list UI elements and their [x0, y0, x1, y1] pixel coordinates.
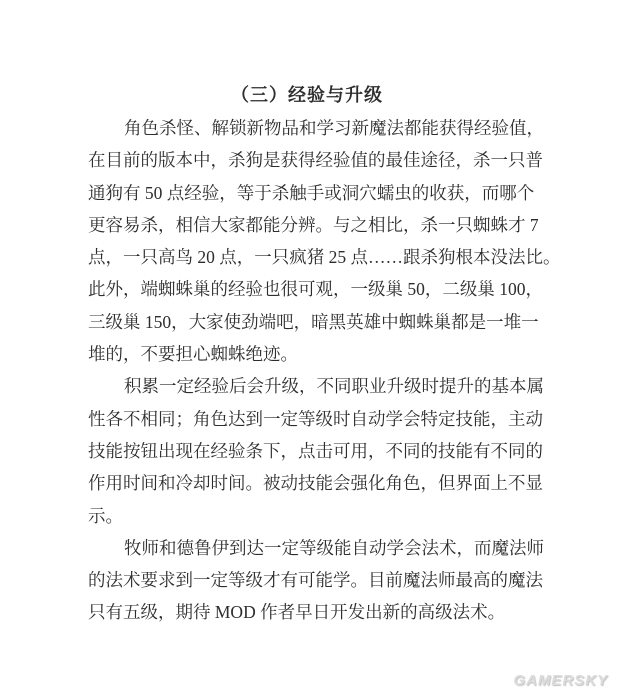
text-line: 作用时间和冷却时间。被动技能会强化角色，但界面上不显 — [88, 467, 526, 499]
text-line: 的法术要求到一定等级才有可能学。目前魔法师最高的魔法 — [88, 564, 526, 596]
text-line: 在目前的版本中，杀狗是获得经验值的最佳途径，杀一只普 — [88, 144, 526, 176]
text-line: 角色杀怪、解锁新物品和学习新魔法都能获得经验值， — [88, 112, 526, 144]
text-line: 性各不相同；角色达到一定等级时自动学会特定技能，主动 — [88, 403, 526, 435]
text-line: 三级巢 150，大家使劲端吧，暗黑英雄中蜘蛛巢都是一堆一 — [88, 306, 526, 338]
text-line: 只有五级，期待 MOD 作者早日开发出新的高级法术。 — [88, 596, 526, 628]
text-line: 堆的，不要担心蜘蛛绝迹。 — [88, 338, 526, 370]
text-line: 示。 — [88, 500, 526, 532]
text-line: 技能按钮出现在经验条下，点击可用，不同的技能有不同的 — [88, 435, 526, 467]
text-line: 点，一只高鸟 20 点，一只疯猪 25 点……跟杀狗根本没法比。 — [88, 241, 526, 273]
article-body: （三）经验与升级 角色杀怪、解锁新物品和学习新魔法都能获得经验值， 在目前的版本… — [88, 78, 526, 629]
text-line: 此外，端蜘蛛巢的经验也很可观，一级巢 50，二级巢 100， — [88, 273, 526, 305]
text-line: 更容易杀，相信大家都能分辨。与之相比，杀一只蜘蛛才 7 — [88, 209, 526, 241]
section-title: （三）经验与升级 — [88, 78, 526, 112]
text-line: 牧师和德鲁伊到达一定等级能自动学会法术，而魔法师 — [88, 532, 526, 564]
document-page: （三）经验与升级 角色杀怪、解锁新物品和学习新魔法都能获得经验值， 在目前的版本… — [0, 0, 620, 693]
text-line: 积累一定经验后会升级，不同职业升级时提升的基本属 — [88, 370, 526, 402]
text-line: 通狗有 50 点经验，等于杀触手或洞穴蠕虫的收获，而哪个 — [88, 177, 526, 209]
gamersky-watermark: GAMERSKY — [513, 672, 608, 689]
